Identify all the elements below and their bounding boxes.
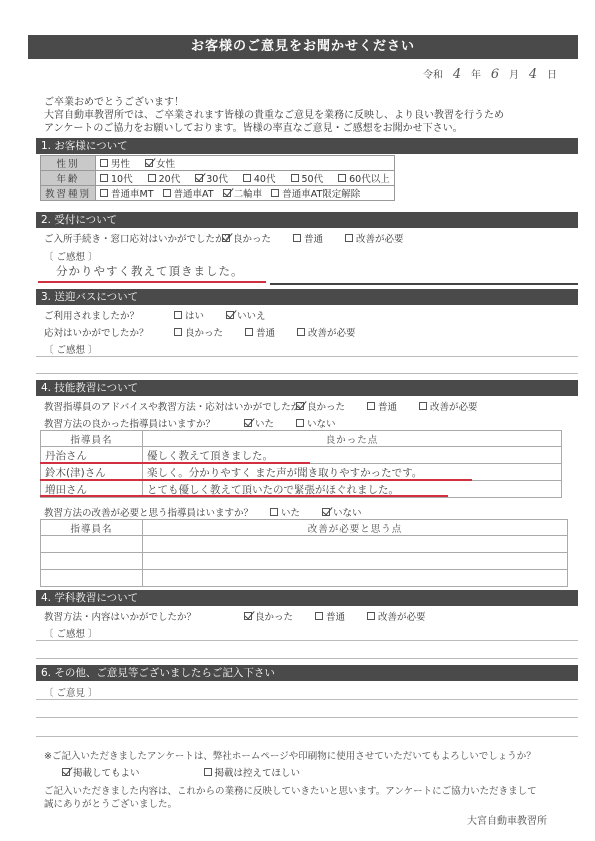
option-label: 10代 [111, 171, 133, 185]
option-40s[interactable]: 40代 [243, 171, 276, 185]
option-label: 二輪車 [234, 186, 263, 200]
classroom-question-row: 教習方法・内容はいかがでしたか？ 良かった 普通 改善が必要 [44, 609, 438, 623]
improve-instructor-table: 指導員名 改善が必要と思う点 [40, 519, 568, 587]
instructor-name-cell[interactable] [41, 553, 143, 570]
option-at-limit-removal[interactable]: 普通車AT限定解除 [271, 186, 360, 200]
good-points-cell[interactable]: 楽しく。分かりやすく また声が聞き取りやすかったです。 [143, 464, 562, 481]
bus-comment-line[interactable] [36, 356, 578, 357]
table-row [41, 553, 568, 570]
classroom-comment-line[interactable] [36, 640, 578, 641]
date-row: 令和 4 年 6 月 4 日 [423, 66, 557, 82]
bus-service-row: 応対はいかがでしたか？ 良かった 普通 改善が必要 [44, 325, 368, 339]
reception-question-row: ご入所手続き・窓口応対はいかがでしたか？ 良かった 普通 改善が必要 [44, 231, 416, 245]
option-label: はい [185, 308, 204, 322]
bus-comment-label: 〔 ご感想 〕 [44, 342, 98, 356]
thanks-message: ご記入いただきました内容は、これからの業務に反映していきたいと思います。アンケー… [44, 785, 537, 811]
option-no[interactable]: いいえ [226, 308, 266, 322]
reception-question: ご入所手続き・窓口応対はいかがでしたか？ [44, 231, 222, 245]
improve-instructor-question: 教習方法の改善が必要と思う指導員はいますか？ [44, 505, 270, 519]
option-label: 良かった [185, 325, 223, 339]
checkbox-icon[interactable] [419, 402, 427, 410]
option-male[interactable]: 男性 [100, 156, 130, 170]
table-row: 鈴木(津)さん 楽しく。分かりやすく また声が聞き取りやすかったです。 [41, 464, 562, 481]
checkbox-icon[interactable] [367, 612, 375, 620]
option-needs-improvement[interactable]: 改善が必要 [367, 609, 426, 623]
checkbox-icon[interactable] [243, 174, 251, 182]
option-was[interactable]: いた [244, 416, 274, 430]
checkbox-checked-icon[interactable] [244, 419, 252, 427]
option-label: 普通車MT [111, 186, 154, 200]
checkbox-icon[interactable] [100, 174, 108, 182]
option-label: 20代 [159, 171, 181, 185]
checkbox-checked-icon[interactable] [226, 311, 234, 319]
thanks-line-2: 誠にありがとうございました。 [44, 798, 537, 811]
intro-line-3: アンケートのご協力をお願いしております。皆様の率直なご意見・ご感想をお聞かせ下さ… [44, 122, 504, 135]
date-day-field[interactable]: 4 [525, 67, 541, 82]
date-year-unit: 年 [471, 66, 481, 81]
col-good-points: 良かった点 [143, 431, 562, 447]
improvement-points-cell[interactable] [143, 536, 568, 553]
classroom-question: 教習方法・内容はいかがでしたか？ [44, 609, 244, 623]
course-label: 教習種別 [41, 186, 96, 201]
section4-header: 4. 技能教習について [36, 380, 578, 396]
checkbox-icon[interactable] [315, 612, 323, 620]
option-average[interactable]: 普通 [293, 231, 323, 245]
checkbox-icon[interactable] [367, 402, 375, 410]
option-label: いない [307, 416, 336, 430]
checkbox-icon[interactable] [270, 508, 278, 516]
table-header: 指導員名 良かった点 [41, 431, 562, 447]
instructor-name-cell[interactable] [41, 570, 143, 587]
option-needs-improvement[interactable]: 改善が必要 [345, 231, 404, 245]
age-row: 年齢 10代 20代 30代 40代 50代 60代以上 [41, 171, 395, 186]
option-label: 普通 [326, 609, 345, 623]
option-at[interactable]: 普通車AT [163, 186, 214, 200]
highlight-underline [40, 495, 448, 497]
course-row: 教習種別 普通車MT 普通車AT 二輪車 普通車AT限定解除 [41, 186, 395, 201]
other-comment-line[interactable] [36, 699, 578, 700]
consent-options-row: 掲載してもよい 掲載は控えてほしい [62, 765, 312, 779]
date-day-unit: 日 [547, 66, 557, 81]
good-points-cell[interactable]: 優しく教えて頂きました。 [143, 447, 562, 464]
option-10s[interactable]: 10代 [100, 171, 133, 185]
gender-options: 男性 女性 [96, 156, 395, 171]
intro-text: ご卒業おめでとうございます！ 大宮自動車教習所では、ご卒業されます皆様の貴重なご… [44, 96, 504, 135]
checkbox-icon[interactable] [163, 189, 171, 197]
option-label: 男性 [111, 156, 130, 170]
option-good[interactable]: 良かった [296, 399, 345, 413]
option-was-not[interactable]: いない [296, 416, 336, 430]
option-was[interactable]: いた [270, 505, 300, 519]
option-label: 40代 [254, 171, 276, 185]
option-20s[interactable]: 20代 [148, 171, 181, 185]
option-label: いない [333, 505, 362, 519]
option-label: 普通 [304, 231, 323, 245]
checkbox-icon[interactable] [100, 159, 108, 167]
table-header: 指導員名 改善が必要と思う点 [41, 520, 568, 536]
option-label: 掲載してもよい [73, 765, 140, 779]
good-instructor-question: 教習方法の良かった指導員はいますか？ [44, 416, 244, 430]
option-30s[interactable]: 30代 [195, 171, 228, 185]
date-year-field[interactable]: 4 [449, 67, 465, 82]
checkbox-icon[interactable] [174, 311, 182, 319]
option-label: 改善が必要 [356, 231, 404, 245]
option-label: 改善が必要 [430, 399, 478, 413]
option-good[interactable]: 良かった [222, 231, 271, 245]
section5-header: 4. 学科教習について [36, 590, 578, 606]
option-label: 良かった [307, 399, 345, 413]
bus-usage-question: ご利用されましたか？ [44, 308, 174, 322]
intro-line-1: ご卒業おめでとうございます！ [44, 96, 504, 109]
option-average[interactable]: 普通 [367, 399, 397, 413]
section1-header: 1. お客様について [36, 138, 578, 154]
option-publish-ok[interactable]: 掲載してもよい [62, 765, 140, 779]
option-label: 改善が必要 [378, 609, 426, 623]
checkbox-icon[interactable] [296, 419, 304, 427]
checkbox-icon[interactable] [174, 328, 182, 336]
bus-service-question: 応対はいかがでしたか？ [44, 325, 174, 339]
instructor-advice-question: 教習指導員のアドバイスや教習方法・応対はいかがでしたか？ [44, 399, 296, 413]
option-label: いいえ [237, 308, 266, 322]
option-average[interactable]: 普通 [245, 325, 275, 339]
other-comment-line[interactable] [36, 717, 578, 718]
option-motorcycle[interactable]: 二輪車 [223, 186, 263, 200]
age-options: 10代 20代 30代 40代 50代 60代以上 [96, 171, 395, 186]
option-needs-improvement[interactable]: 改善が必要 [419, 399, 478, 413]
option-label: 改善が必要 [308, 325, 356, 339]
checkbox-icon[interactable] [293, 234, 301, 242]
option-mt[interactable]: 普通車MT [100, 186, 154, 200]
checkbox-icon[interactable] [204, 768, 212, 776]
highlight-underline [38, 281, 266, 283]
classroom-comment-label: 〔 ご感想 〕 [44, 626, 98, 640]
reception-comment[interactable]: 分かりやすく教えて頂きました。 [56, 263, 244, 279]
section2-header: 2. 受付について [36, 212, 578, 228]
option-publish-decline[interactable]: 掲載は控えてほしい [204, 765, 301, 779]
option-was-not[interactable]: いない [322, 505, 362, 519]
table-row [41, 570, 568, 587]
checkbox-checked-icon[interactable] [222, 234, 230, 242]
thanks-line-1: ご記入いただきました内容は、これからの業務に反映していきたいと思います。アンケー… [44, 785, 537, 798]
checkbox-icon[interactable] [297, 328, 305, 336]
option-label: 普通 [378, 399, 397, 413]
section6-header: 6. その他、ご意見等ございましたらご記入下さい [36, 665, 578, 681]
checkbox-checked-icon[interactable] [296, 402, 304, 410]
option-female[interactable]: 女性 [145, 156, 175, 170]
intro-line-2: 大宮自動車教習所では、ご卒業されます皆様の貴重なご意見を業務に反映し、より良い教… [44, 109, 504, 122]
age-label: 年齢 [41, 171, 96, 186]
col-instructor-name: 指導員名 [41, 520, 143, 536]
date-month-unit: 月 [509, 66, 519, 81]
bus-usage-row: ご利用されましたか？ はい いいえ [44, 308, 278, 322]
highlight-underline [40, 462, 310, 464]
good-instructor-table: 指導員名 良かった点 丹治さん 優しく教えて頂きました。 鈴木(津)さん 楽しく… [40, 430, 562, 498]
option-label: 60代以上 [349, 171, 390, 185]
instructor-name-cell[interactable] [41, 536, 143, 553]
gender-label: 性別 [41, 156, 96, 171]
col-instructor-name: 指導員名 [41, 431, 143, 447]
reception-comment-label: 〔 ご感想 〕 [44, 249, 98, 263]
checkbox-icon[interactable] [345, 234, 353, 242]
option-label: 掲載は控えてほしい [215, 765, 301, 779]
checkbox-icon[interactable] [338, 174, 346, 182]
option-average[interactable]: 普通 [315, 609, 345, 623]
option-yes[interactable]: はい [174, 308, 204, 322]
checkbox-checked-icon[interactable] [244, 612, 252, 620]
divider [36, 658, 578, 659]
organization-name: 大宮自動車教習所 [467, 812, 547, 827]
option-needs-improvement[interactable]: 改善が必要 [297, 325, 356, 339]
section3-header: 3. 送迎バスについて [36, 289, 578, 305]
table-row: 丹治さん 優しく教えて頂きました。 [41, 447, 562, 464]
option-label: 30代 [206, 171, 228, 185]
option-label: 良かった [233, 231, 271, 245]
option-label: 普通車AT [174, 186, 214, 200]
option-label: いた [281, 505, 300, 519]
checkbox-checked-icon[interactable] [322, 508, 330, 516]
divider [270, 283, 578, 285]
option-good[interactable]: 良かった [174, 325, 223, 339]
other-comment-label: 〔 ご意見 〕 [44, 685, 98, 699]
option-label: 良かった [255, 609, 293, 623]
option-label: 普通 [256, 325, 275, 339]
option-good[interactable]: 良かった [244, 609, 293, 623]
col-improvement-points: 改善が必要と思う点 [143, 520, 568, 536]
table-row [41, 536, 568, 553]
divider [36, 373, 578, 374]
option-label: 普通車AT限定解除 [282, 186, 360, 200]
instructor-name-cell[interactable]: 丹治さん [41, 447, 143, 464]
checkbox-icon[interactable] [245, 328, 253, 336]
option-label: 女性 [156, 156, 175, 170]
customer-info-table: 性別 男性 女性 年齢 10代 20代 30代 40代 50代 60代以上 教習… [40, 155, 395, 201]
other-comment-line[interactable] [36, 736, 578, 737]
option-50s[interactable]: 50代 [291, 171, 324, 185]
checkbox-checked-icon[interactable] [223, 189, 231, 197]
date-month-field[interactable]: 6 [487, 67, 503, 82]
instructor-name-cell[interactable]: 鈴木(津)さん [41, 464, 143, 481]
improve-instructor-row: 教習方法の改善が必要と思う指導員はいますか？ いた いない [44, 505, 374, 519]
checkbox-icon[interactable] [148, 174, 156, 182]
option-label: 50代 [302, 171, 324, 185]
checkbox-checked-icon[interactable] [195, 174, 203, 182]
improvement-points-cell[interactable] [143, 570, 568, 587]
instructor-advice-row: 教習指導員のアドバイスや教習方法・応対はいかがでしたか？ 良かった 普通 改善が… [44, 399, 490, 413]
improvement-points-cell[interactable] [143, 553, 568, 570]
checkbox-checked-icon[interactable] [145, 159, 153, 167]
course-options: 普通車MT 普通車AT 二輪車 普通車AT限定解除 [96, 186, 395, 201]
checkbox-icon[interactable] [271, 189, 279, 197]
good-instructor-row: 教習方法の良かった指導員はいますか？ いた いない [44, 416, 348, 430]
gender-row: 性別 男性 女性 [41, 156, 395, 171]
form-title: お客様のご意見をお聞かせください [28, 35, 578, 59]
highlight-underline [40, 479, 472, 481]
date-era: 令和 [423, 66, 443, 81]
checkbox-icon[interactable] [100, 189, 108, 197]
consent-question: ※ご記入いただきましたアンケートは、弊社ホームページや印刷物に使用させていただい… [44, 750, 536, 763]
checkbox-icon[interactable] [291, 174, 299, 182]
checkbox-checked-icon[interactable] [62, 768, 70, 776]
option-label: いた [255, 416, 274, 430]
option-60s-plus[interactable]: 60代以上 [338, 171, 390, 185]
